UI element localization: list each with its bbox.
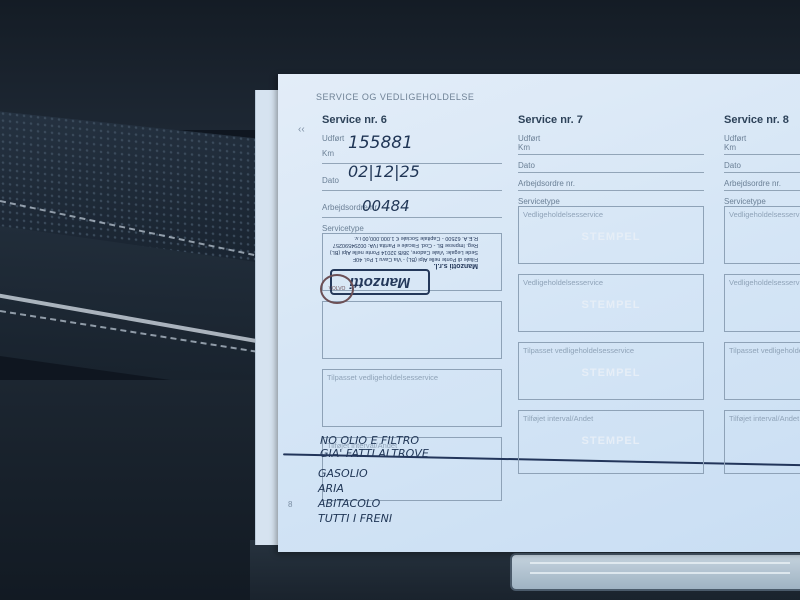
box-label: Vedligeholdelsesservice <box>729 278 800 287</box>
arbejdsordre-value: 00484 <box>362 197 410 215</box>
stamp-placeholder: STEMPEL <box>519 435 703 447</box>
tilpasset-box: Tilpasset vedligeholdelsesservice <box>322 369 502 427</box>
servicetype-box: Vedligeholdelsesservice STEMPEL <box>518 206 704 264</box>
box-label: Vedligeholdelsesservice <box>523 210 603 219</box>
box-label: Tilpasset vedligeholdelsesservice <box>729 346 800 355</box>
service-title: Service nr. 8 <box>724 114 800 126</box>
dato-value: 02|12|25 <box>348 162 420 181</box>
volvo-logo-icon: VOLVO <box>320 274 354 304</box>
box-label: Tilføjet interval/Andet <box>523 414 593 423</box>
dato-label: Dato <box>724 161 800 170</box>
box-label: Vedligeholdelsesservice <box>729 210 800 219</box>
page-header: SERVICE OG VEDLIGEHOLDELSE <box>316 92 474 102</box>
box-label: Tilpasset vedligeholdelsesservice <box>327 373 438 382</box>
servicetype-label: Servicetype <box>724 197 800 206</box>
arbejdsordre-label: Arbejdsordre nr. <box>518 179 704 188</box>
box-label: Vedligeholdelsesservice <box>523 278 603 287</box>
vedligeholdelse-box: Vedligeholdelsesservice <box>724 274 800 332</box>
tilpasset-box: Tilpasset vedligeholdelsesservice STEMPE… <box>518 342 704 400</box>
dealer-address: Manzotti s.r.l. Filiale di Ponte nelle A… <box>318 234 478 269</box>
stamp-placeholder: STEMPEL <box>519 367 703 379</box>
km-label: Km <box>724 143 800 152</box>
service-7: Service nr. 7 Udført Km Dato Arbejdsordr… <box>518 114 704 484</box>
vedligeholdelse-box <box>322 301 502 359</box>
handwritten-notes-continued: GASOLIO ARIA ABITACOLO TUTTI I FRENI <box>318 466 392 526</box>
stamp-placeholder: STEMPEL <box>519 231 703 243</box>
km-label: Km <box>322 149 334 158</box>
arbejdsordre-label: Arbejdsordre nr. <box>724 179 800 188</box>
km-value: 155881 <box>348 133 413 153</box>
tilpasset-box: Tilpasset vedligeholdelsesservice <box>724 342 800 400</box>
tilfojet-box: Tilføjet interval/Andet <box>724 410 800 474</box>
sill-highlight <box>530 562 790 564</box>
stamp-placeholder: STEMPEL <box>519 299 703 311</box>
service-title: Service nr. 6 <box>322 114 502 126</box>
servicetype-box: Vedligeholdelsesservice <box>724 206 800 264</box>
vedligeholdelse-box: Vedligeholdelsesservice STEMPEL <box>518 274 704 332</box>
box-label: Tilpasset vedligeholdelsesservice <box>523 346 634 355</box>
service-8: Service nr. 8 Udført Km Dato Arbejdsordr… <box>724 114 800 484</box>
tilfojet-box: Tilføjet interval/Andet STEMPEL <box>518 410 704 474</box>
dato-label: Dato <box>322 176 339 185</box>
dato-label: Dato <box>518 161 704 170</box>
service-book-page: SERVICE OG VEDLIGEHOLDELSE ‹‹ Service nr… <box>278 74 800 552</box>
box-label: Tilføjet interval/Andet <box>729 414 799 423</box>
service-title: Service nr. 7 <box>518 114 704 126</box>
servicetype-label: Servicetype <box>518 197 704 206</box>
km-label: Km <box>518 143 704 152</box>
sill-highlight <box>530 572 790 574</box>
udfort-label: Udført <box>724 134 800 143</box>
seat-lower <box>0 380 280 600</box>
quote-mark: ‹‹ <box>298 124 305 135</box>
udfort-label: Udført <box>518 134 704 143</box>
page-number: 8 <box>288 500 292 509</box>
